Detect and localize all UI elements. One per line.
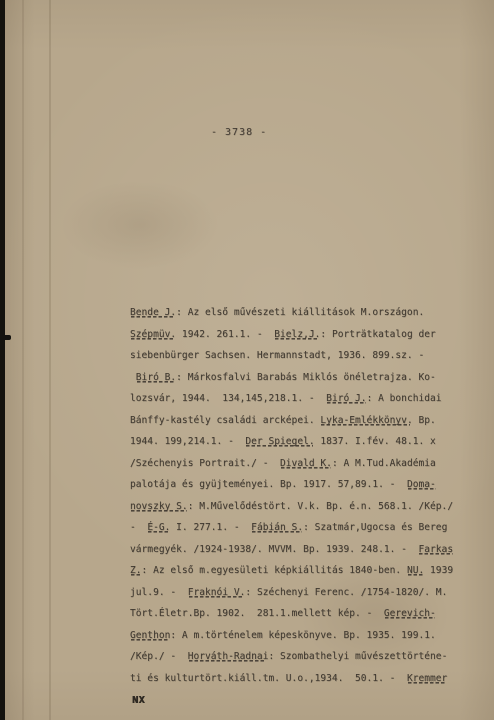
text-segment: 1942. 261.1. - <box>176 329 274 340</box>
scan-edge-left <box>0 0 5 720</box>
bibliography-line: palotája és gyüjteményei. Bp. 1917. 57,8… <box>130 474 475 496</box>
underlined-term: Biró B. <box>136 372 176 383</box>
text-segment: Bánffy-kastély családi arcképei. <box>130 415 320 426</box>
underlined-term: Bende J. <box>130 307 176 318</box>
bibliography-text-block: Bende J.: Az első művészeti kiállitások … <box>130 302 475 689</box>
text-segment: Bp. <box>413 415 436 426</box>
underlined-term: Lyka-Emlékkönyv. <box>320 415 412 426</box>
text-segment: siebenbürger Sachsen. Hermannstadt, 1936… <box>130 350 424 361</box>
bibliography-line: siebenbürger Sachsen. Hermannstadt, 1936… <box>130 345 475 367</box>
text-segment: /Kép./ - <box>130 651 188 662</box>
text-segment: lozsvár, 1944. 134,145,218.1. - <box>130 393 326 404</box>
underlined-term: Horváth-Radnai <box>188 651 269 662</box>
text-segment: : Márkosfalvi Barabás Miklós önéletrajza… <box>176 372 436 383</box>
bibliography-line: ti és kulturtört.kiáll.tm. U.o.,1934. 50… <box>130 668 475 690</box>
underlined-term: Szépmüv. <box>130 329 176 340</box>
text-segment: I. 277.1. - <box>170 522 251 533</box>
bibliography-line: Bánffy-kastély családi arcképei. Lyka-Em… <box>130 410 475 432</box>
underlined-term: NU. <box>407 565 424 576</box>
paper-crease <box>22 0 24 720</box>
text-segment: jul.9. - <box>130 587 188 598</box>
text-segment: : Szombathelyi művészettörténe- <box>268 651 447 662</box>
bibliography-line: lozsvár, 1944. 134,145,218.1. - Biró J.:… <box>130 388 475 410</box>
bibliography-line: Z.: Az első m.egyesületi képkiállitás 18… <box>130 560 475 582</box>
underlined-term: Z. <box>130 565 142 576</box>
text-segment: : M.Művelődéstört. V.k. Bp. é.n. 568.1. … <box>188 501 453 512</box>
paper-stain <box>60 180 220 270</box>
text-segment: : Az első m.egyesületi képkiállitás 1840… <box>142 565 407 576</box>
text-segment: - <box>130 522 147 533</box>
bibliography-line: /Kép./ - Horváth-Radnai: Szombathelyi mű… <box>130 646 475 668</box>
text-segment: /Széchenyis Portrait./ - <box>130 458 280 469</box>
bibliography-line: Bende J.: Az első művészeti kiállitások … <box>130 302 475 324</box>
text-segment: 1837. I.fév. 48.1. x <box>315 436 436 447</box>
text-segment: : Az első művészeti kiállitások M.ország… <box>176 307 424 318</box>
text-segment: : A M.Tud.Akadémia <box>332 458 436 469</box>
underlined-term: Kremmer <box>407 673 447 684</box>
underlined-term: Fraknói V. <box>188 587 246 598</box>
text-segment: : A m.történelem képeskönyve. Bp. 1935. … <box>170 630 435 641</box>
bibliography-line: Biró B.: Márkosfalvi Barabás Miklós önél… <box>130 367 475 389</box>
scan-edge-tick <box>5 335 11 340</box>
underlined-term: Gerevich- <box>384 608 436 619</box>
underlined-term: novszky S. <box>130 501 188 512</box>
text-segment: 1939 <box>424 565 453 576</box>
underlined-term: Farkas <box>418 544 453 555</box>
bibliography-line: Szépmüv. 1942. 261.1. - Bielz,J.: Porträ… <box>130 324 475 346</box>
underlined-term: É-G. <box>147 522 170 533</box>
underlined-term: Der Spiegel. <box>245 436 314 447</box>
text-segment: ti és kulturtört.kiáll.tm. U.o.,1934. 50… <box>130 673 407 684</box>
text-segment: : Széchenyi Ferenc. /1754-1820/. M. <box>245 587 447 598</box>
scanned-page: - 3738 - Bende J.: Az első művészeti kiá… <box>0 0 494 720</box>
underlined-term: Fábián S. <box>251 522 303 533</box>
text-segment: Tört.Életr.Bp. 1902. 281.1.mellett kép. … <box>130 608 384 619</box>
text-segment: : Szatmár,Ugocsa és Bereg <box>303 522 447 533</box>
bibliography-line: novszky S.: M.Művelődéstört. V.k. Bp. é.… <box>130 496 475 518</box>
bibliography-line: jul.9. - Fraknói V.: Széchenyi Ferenc. /… <box>130 582 475 604</box>
text-segment: vármegyék. /1924-1938/. MVVM. Bp. 1939. … <box>130 544 418 555</box>
underlined-term: Genthon <box>130 630 170 641</box>
underlined-term: Biró J. <box>326 393 366 404</box>
underlined-term: Bielz,J. <box>274 329 320 340</box>
bibliography-line: 1944. 199,214.1. - Der Spiegel. 1837. I.… <box>130 431 475 453</box>
footer-mark: NX <box>132 695 145 706</box>
underlined-term: Divald K. <box>280 458 332 469</box>
bibliography-line: /Széchenyis Portrait./ - Divald K.: A M.… <box>130 453 475 475</box>
text-segment <box>130 372 136 383</box>
paper-crease <box>49 0 51 720</box>
page-number: - 3738 - <box>211 127 267 138</box>
text-segment: : Porträtkatalog der <box>320 329 435 340</box>
bibliography-line: Genthon: A m.történelem képeskönyve. Bp.… <box>130 625 475 647</box>
bibliography-line: - É-G. I. 277.1. - Fábián S.: Szatmár,Ug… <box>130 517 475 539</box>
text-segment: 1944. 199,214.1. - <box>130 436 245 447</box>
text-segment: palotája és gyüjteményei. Bp. 1917. 57,8… <box>130 479 407 490</box>
text-segment: : A bonchidai <box>367 393 442 404</box>
bibliography-line: Tört.Életr.Bp. 1902. 281.1.mellett kép. … <box>130 603 475 625</box>
bibliography-line: vármegyék. /1924-1938/. MVVM. Bp. 1939. … <box>130 539 475 561</box>
underlined-term: Doma- <box>407 479 436 490</box>
